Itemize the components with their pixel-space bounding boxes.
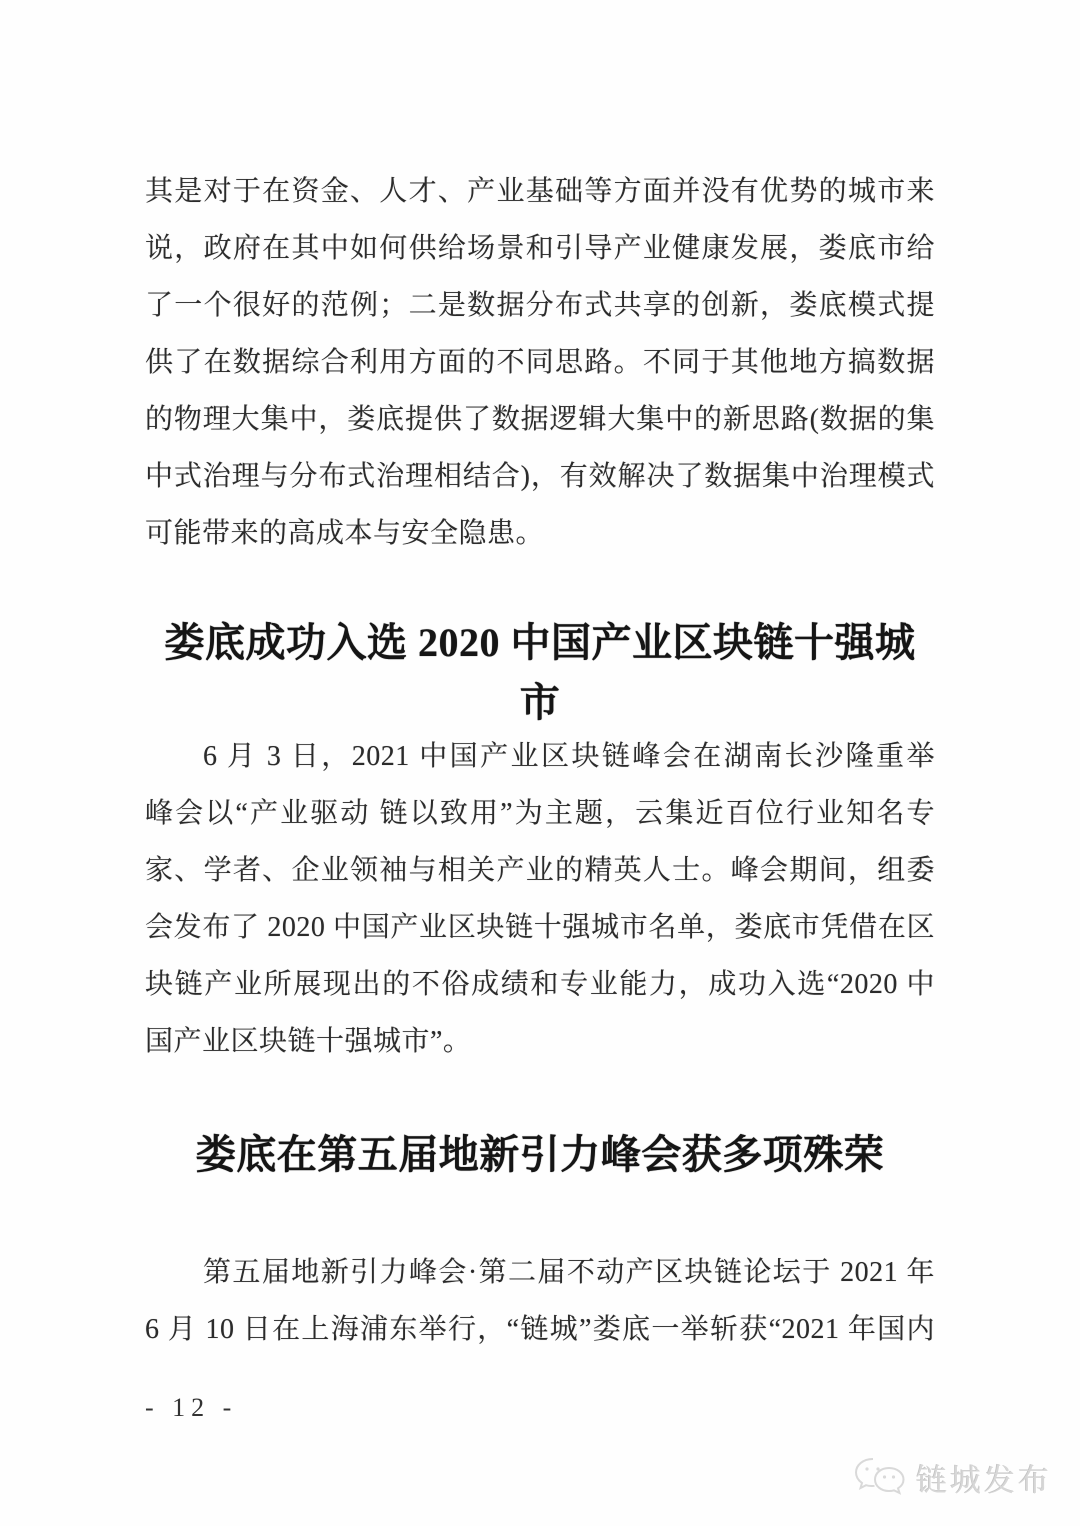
text-line: 第五届地新引力峰会·第二届不动产区块链论坛于 2021 年 [145,1244,935,1301]
text-line: 了一个很好的范例；二是数据分布式共享的创新，娄底模式提 [145,277,935,334]
text-line: 其是对于在资金、人才、产业基础等方面并没有优势的城市来 [145,163,935,220]
text-line: 块链产业所展现出的不俗成绩和专业能力，成功入选“2020 中 [145,956,935,1013]
text-line: 6 月 3 日，2021 中国产业区块链峰会在湖南长沙隆重举行， [145,728,935,785]
body-paragraph-2: 6 月 3 日，2021 中国产业区块链峰会在湖南长沙隆重举行，峰会以“产业驱动… [145,728,935,1070]
text-line: 6 月 10 日在上海浦东举行，“链城”娄底一举斩获“2021 年国内 [145,1301,935,1358]
text-line: 会发布了 2020 中国产业区块链十强城市名单，娄底市凭借在区 [145,899,935,956]
watermark: 链城发布 [851,1455,1052,1500]
body-paragraph-3: 第五届地新引力峰会·第二届不动产区块链论坛于 2021 年6 月 10 日在上海… [145,1244,935,1358]
watermark-label: 链城发布 [916,1455,1052,1500]
text-line: 中式治理与分布式治理相结合)，有效解决了数据集中治理模式 [145,448,935,505]
page-number: - 12 - [145,1393,935,1423]
text-line: 峰会以“产业驱动 链以致用”为主题，云集近百位行业知名专 [145,785,935,842]
text-line: 家、学者、企业领袖与相关产业的精英人士。峰会期间，组委 [145,842,935,899]
text-line: 供了在数据综合利用方面的不同思路。不同于其他地方搞数据 [145,334,935,391]
section-heading-summit-honors: 娄底在第五届地新引力峰会获多项殊荣 [145,1125,935,1185]
text-line: 的物理大集中，娄底提供了数据逻辑大集中的新思路(数据的集 [145,391,935,448]
document-page: 其是对于在资金、人才、产业基础等方面并没有优势的城市来说，政府在其中如何供给场景… [0,0,1080,1526]
page-content: 其是对于在资金、人才、产业基础等方面并没有优势的城市来说，政府在其中如何供给场景… [145,0,935,1423]
text-line: 说，政府在其中如何供给场景和引导产业健康发展，娄底市给 [145,220,935,277]
text-line: 国产业区块链十强城市”。 [145,1013,935,1070]
section-heading-blockchain-top10: 娄底成功入选 2020 中国产业区块链十强城市 [145,613,935,673]
body-paragraph-1: 其是对于在资金、人才、产业基础等方面并没有优势的城市来说，政府在其中如何供给场景… [145,163,935,562]
text-line: 可能带来的高成本与安全隐患。 [145,505,935,562]
wechat-logo-icon [851,1456,909,1500]
